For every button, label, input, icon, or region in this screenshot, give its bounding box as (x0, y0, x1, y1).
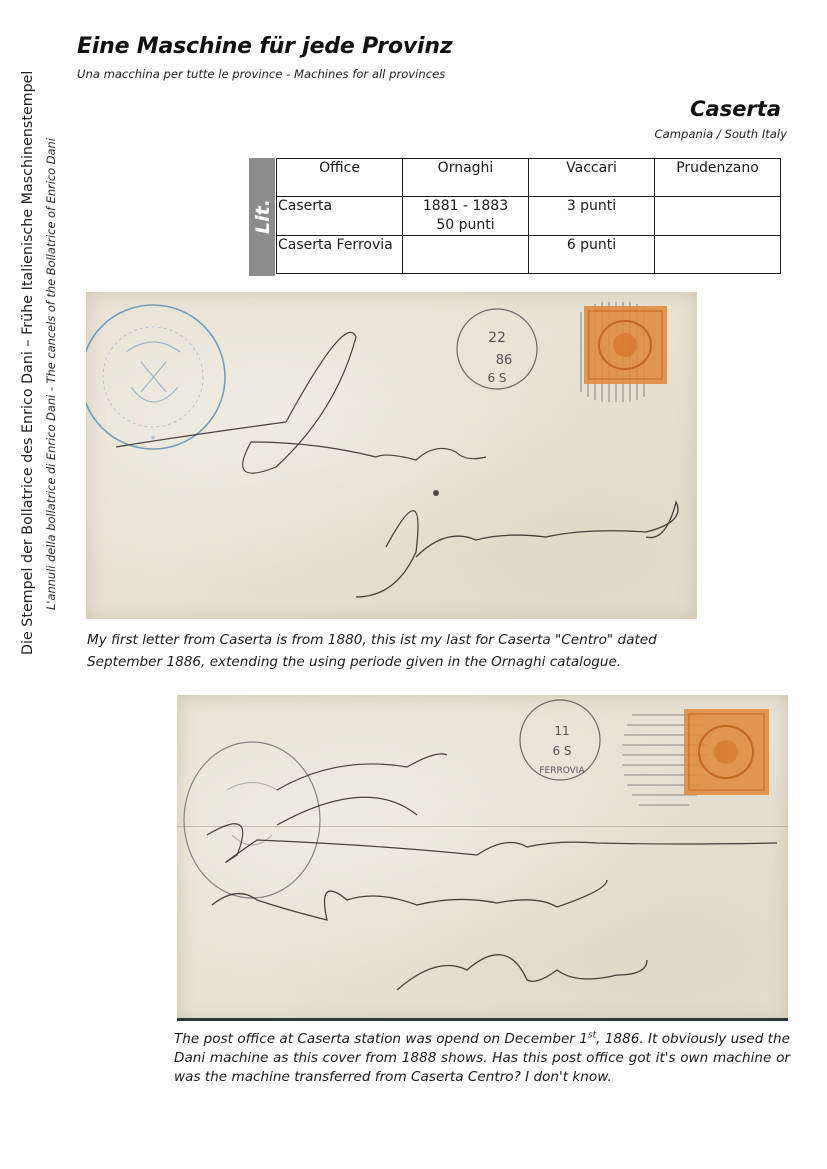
side-title-german: Die Stempel der Bollatrice des Enrico Da… (20, 71, 36, 655)
page-title: Eine Maschine für jede Provinz (77, 34, 452, 59)
cell-office: Caserta Ferrovia (277, 236, 403, 274)
cover-illustration: * 22 86 6 S (86, 292, 697, 619)
table-row: Caserta 1881 - 1883 50 punti 3 punti (277, 197, 781, 236)
postage-stamp-icon (584, 306, 667, 384)
svg-text:6 S: 6 S (552, 744, 571, 758)
cell-vaccari: 3 punti (529, 197, 655, 236)
cover-caption-caserta-centro: My first letter from Caserta is from 188… (87, 629, 727, 673)
cell-ornaghi: 1881 - 1883 50 punti (403, 197, 529, 236)
postage-stamp-icon (684, 709, 769, 795)
cell-ornaghi-period: 1881 - 1883 (404, 197, 527, 216)
column-header-vaccari: Vaccari (529, 159, 655, 197)
official-seal-icon: * (86, 305, 225, 449)
official-seal-icon (184, 742, 320, 898)
side-title-italian-english: L'annuli della bollatrice di Enrico Dani… (44, 138, 58, 610)
svg-text:11: 11 (554, 724, 569, 738)
cell-office: Caserta (277, 197, 403, 236)
literature-table: Office Ornaghi Vaccari Prudenzano Casert… (276, 158, 781, 274)
caption-text-start: The post office at Caserta station was o… (174, 1031, 588, 1047)
page-subtitle: Una macchina per tutte le province - Mac… (77, 67, 445, 81)
column-header-ornaghi: Ornaghi (403, 159, 529, 197)
postmark-icon: 22 86 6 S (457, 309, 537, 389)
table-header-row: Office Ornaghi Vaccari Prudenzano (277, 159, 781, 197)
cell-ornaghi (403, 236, 529, 274)
postmark-icon: 11 6 S FERROVIA (520, 700, 600, 780)
cover-image-caserta-centro: * 22 86 6 S (86, 292, 697, 619)
svg-text:*: * (151, 435, 156, 445)
cover-edge (177, 1018, 788, 1021)
table-row: Caserta Ferrovia 6 punti (277, 236, 781, 274)
svg-text:FERROVIA: FERROVIA (539, 766, 585, 776)
svg-text:6 S: 6 S (487, 371, 506, 385)
cell-vaccari: 6 punti (529, 236, 655, 274)
column-header-prudenzano: Prudenzano (655, 159, 781, 197)
cell-ornaghi-points: 50 punti (404, 216, 527, 235)
column-header-office: Office (277, 159, 403, 197)
cover-caption-caserta-ferrovia: The post office at Caserta station was o… (174, 1030, 790, 1087)
literature-tag-label: Lit. (252, 199, 274, 234)
place-name: Caserta (690, 97, 781, 121)
place-region: Campania / South Italy (655, 127, 787, 141)
cell-prudenzano (655, 236, 781, 274)
svg-text:22: 22 (488, 330, 506, 346)
cover-illustration: 11 6 S FERROVIA (177, 695, 788, 1021)
literature-tag: Lit. (249, 158, 275, 276)
svg-text:86: 86 (496, 353, 513, 368)
cover-image-caserta-ferrovia: 11 6 S FERROVIA (177, 695, 788, 1021)
caption-superscript: st (588, 1030, 596, 1040)
cell-prudenzano (655, 197, 781, 236)
